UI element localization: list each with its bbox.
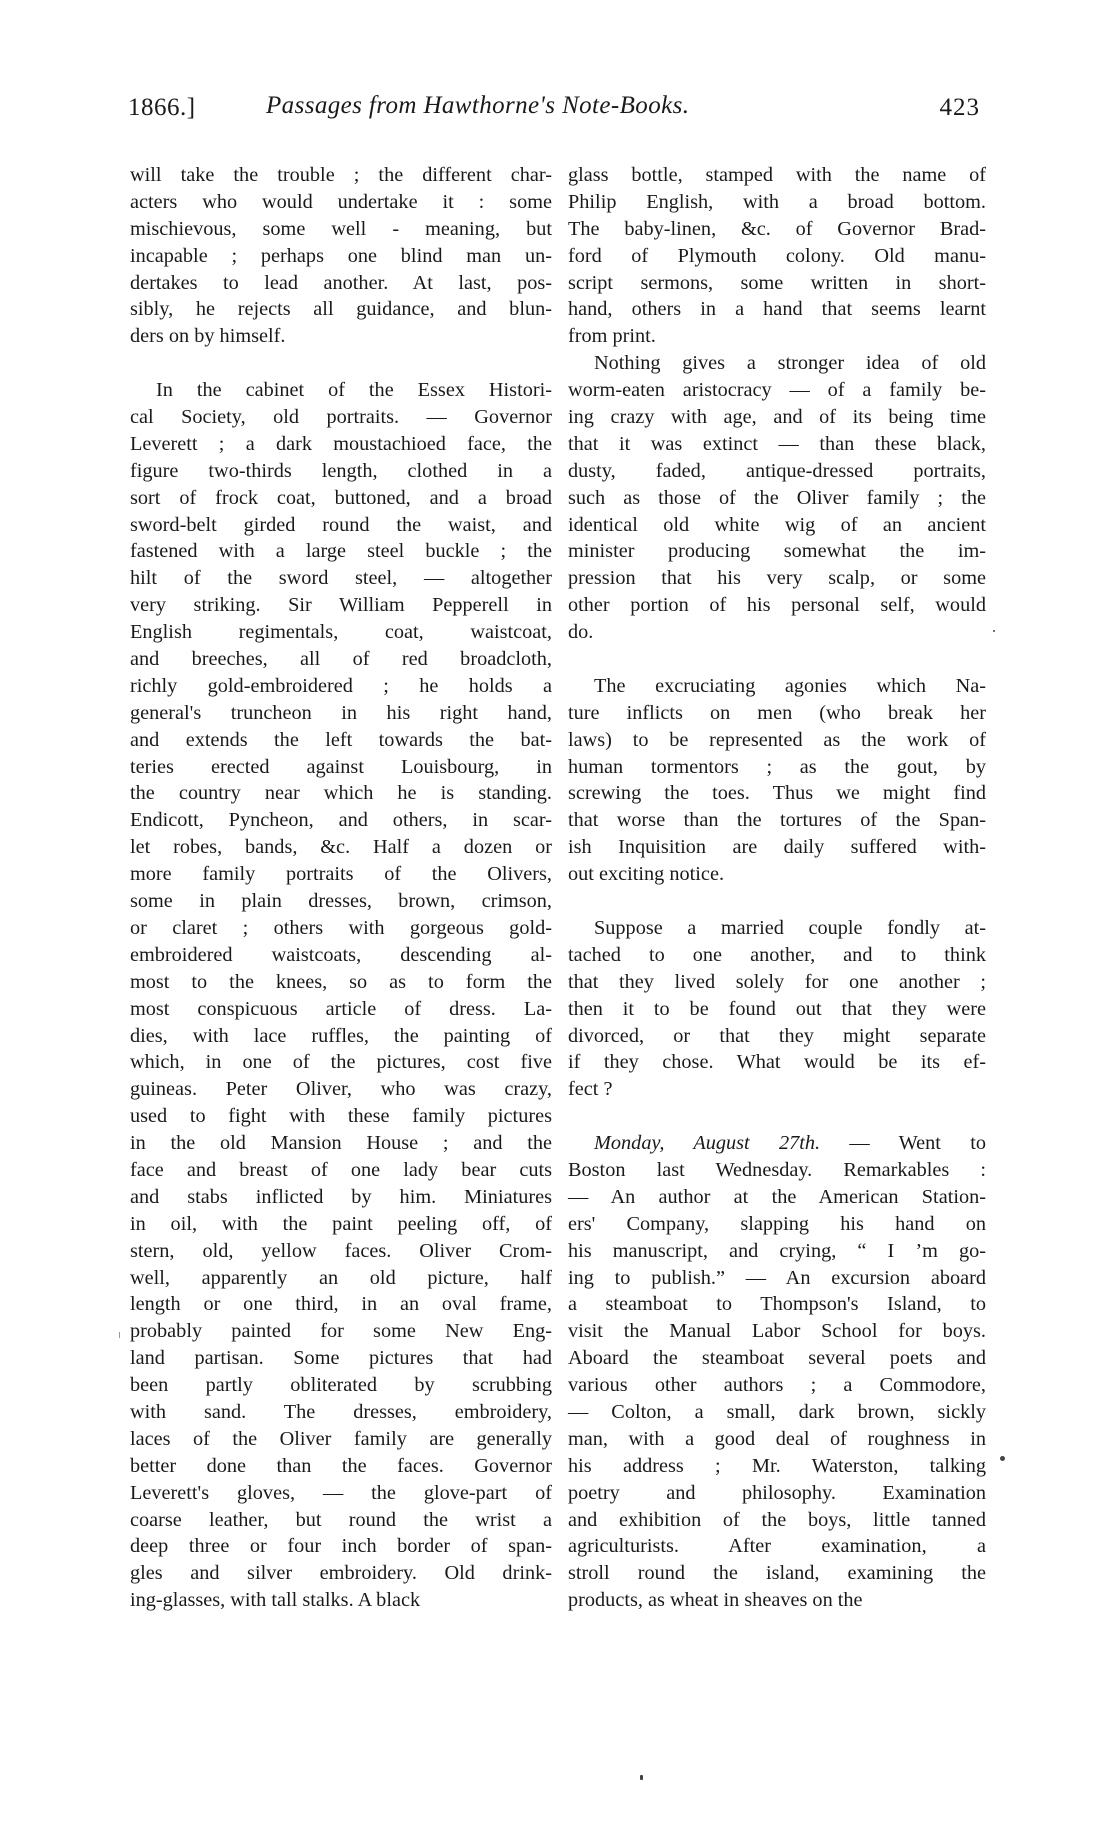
text-line: his address ; Mr. Waterston, talking [568,1453,986,1480]
text-line: most to the knees, so as to form the [130,969,552,996]
text-line: better done than the faces. Governor [130,1453,552,1480]
text-line: various other authors ; a Commodore, [568,1372,986,1399]
text-line: dertakes to lead another. At last, pos- [130,270,552,297]
header-date: 1866.] [128,88,196,128]
text-line: Boston last Wednesday. Remarkables : [568,1157,986,1184]
text-line: and breeches, all of red broadcloth, [130,646,552,673]
text-line: Leverett's gloves, — the glove-part of [130,1480,552,1507]
paragraph: The excruciating agonies which Na-ture i… [568,673,986,888]
text-line: that it was extinct — than these black, [568,431,986,458]
text-line: do. [568,619,986,646]
text-line: man, with a good deal of roughness in [568,1426,986,1453]
text-line: more family portraits of the Olivers, [130,861,552,888]
header-title: Passages from Hawthorne's Note-Books. [266,86,689,126]
text-line: other portion of his personal self, woul… [568,592,986,619]
text-fragment: — Went to [820,1132,986,1154]
paragraph: Suppose a married couple fondly at-tache… [568,915,986,1103]
text-line: his manuscript, and crying, “ I ’m go- [568,1238,986,1265]
text-line: identical old white wig of an ancient [568,512,986,539]
text-line: acters who would undertake it : some [130,189,552,216]
text-line: Endicott, Pyncheon, and others, in scar- [130,807,552,834]
entry-date-heading: Monday, August 27th. [594,1132,820,1154]
text-line: such as those of the Oliver family ; the [568,485,986,512]
text-line: been partly obliterated by scrubbing [130,1372,552,1399]
book-page: 1866.] Passages from Hawthorne's Note-Bo… [0,0,1120,1837]
paragraph: Monday, August 27th. — Went toBoston las… [568,1130,986,1614]
paragraph: will take the trouble ; the different ch… [130,162,552,350]
text-line: ing-glasses, with tall stalks. A black [130,1587,552,1614]
scan-speck [119,1332,120,1338]
text-line: script sermons, some written in short- [568,270,986,297]
text-line: ing to publish.” — An excursion aboard [568,1265,986,1292]
text-line: dies, with lace ruffles, the painting of [130,1023,552,1050]
text-line: that they lived solely for one another ; [568,969,986,996]
scan-speck [640,1775,643,1780]
text-line: used to fight with these family pictures [130,1103,552,1130]
text-line: probably painted for some New Eng- [130,1318,552,1345]
text-line: the country near which he is standing. [130,780,552,807]
text-line: Philip English, with a broad bottom. [568,189,986,216]
text-line: pression that his very scalp, or some [568,565,986,592]
text-line: Suppose a married couple fondly at- [568,915,986,942]
text-line: and stabs inflicted by him. Miniatures [130,1184,552,1211]
text-line: face and breast of one lady bear cuts [130,1157,552,1184]
text-line: — Colton, a small, dark brown, sickly [568,1399,986,1426]
text-line: Nothing gives a stronger idea of old [568,350,986,377]
text-line: in oil, with the paint peeling off, of [130,1211,552,1238]
text-line: will take the trouble ; the different ch… [130,162,552,189]
paragraph: Nothing gives a stronger idea of oldworm… [568,350,986,646]
text-line: worm-eaten aristocracy — of a family be- [568,377,986,404]
text-line: ing crazy with age, and of its being tim… [568,404,986,431]
text-line: coarse leather, but round the wrist a [130,1507,552,1534]
text-line: ford of Plymouth colony. Old manu- [568,243,986,270]
text-line: cal Society, old portraits. — Governor [130,404,552,431]
text-line: that worse than the tortures of the Span… [568,807,986,834]
text-line: some in plain dresses, brown, crimson, [130,888,552,915]
running-header: 1866.] Passages from Hawthorne's Note-Bo… [128,86,980,126]
text-line: sibly, he rejects all guidance, and blun… [130,296,552,323]
text-line: visit the Manual Labor School for boys. [568,1318,986,1345]
text-line: mischievous, some well - meaning, but [130,216,552,243]
text-line: The baby-linen, &c. of Governor Brad- [568,216,986,243]
paragraph: glass bottle, stamped with the name ofPh… [568,162,986,350]
text-line: deep three or four inch border of span- [130,1533,552,1560]
text-line: if they chose. What would be its ef- [568,1049,986,1076]
text-line: ders on by himself. [130,323,552,350]
left-column: will take the trouble ; the different ch… [130,162,552,1614]
text-line: land partisan. Some pictures that had [130,1345,552,1372]
text-line: Leverett ; a dark moustachioed face, the [130,431,552,458]
text-line: gles and silver embroidery. Old drink- [130,1560,552,1587]
text-line: Monday, August 27th. — Went to [568,1130,986,1157]
page-number: 423 [940,88,981,128]
text-line: hilt of the sword steel, — altogether [130,565,552,592]
text-line: hand, others in a hand that seems learnt [568,296,986,323]
paragraph: In the cabinet of the Essex Histori-cal … [130,377,552,1614]
text-line: agriculturists. After examination, a [568,1533,986,1560]
text-line: English regimentals, coat, waistcoat, [130,619,552,646]
text-line: guineas. Peter Oliver, who was crazy, [130,1076,552,1103]
text-line: and exhibition of the boys, little tanne… [568,1507,986,1534]
scan-speck [993,630,995,632]
text-line: screwing the toes. Thus we might find [568,780,986,807]
text-line: general's truncheon in his right hand, [130,700,552,727]
text-line: stroll round the island, examining the [568,1560,986,1587]
text-line: ers' Company, slapping his hand on [568,1211,986,1238]
text-line: in the old Mansion House ; and the [130,1130,552,1157]
right-column: glass bottle, stamped with the name ofPh… [568,162,986,1614]
text-line: glass bottle, stamped with the name of [568,162,986,189]
text-line: well, apparently an old picture, half [130,1265,552,1292]
text-line: poetry and philosophy. Examination [568,1480,986,1507]
text-line: incapable ; perhaps one blind man un- [130,243,552,270]
text-line: richly gold-embroidered ; he holds a [130,673,552,700]
text-line: sword-belt girded round the waist, and [130,512,552,539]
text-line: very striking. Sir William Pepperell in [130,592,552,619]
text-line: stern, old, yellow faces. Oliver Crom- [130,1238,552,1265]
text-line: let robes, bands, &c. Half a dozen or [130,834,552,861]
text-line: a steamboat to Thompson's Island, to [568,1291,986,1318]
text-line: fastened with a large steel buckle ; the [130,538,552,565]
text-line: out exciting notice. [568,861,986,888]
text-line: minister producing somewhat the im- [568,538,986,565]
text-line: then it to be found out that they were [568,996,986,1023]
text-line: — An author at the American Station- [568,1184,986,1211]
text-line: teries erected against Louisbourg, in [130,754,552,781]
text-line: human tormentors ; as the gout, by [568,754,986,781]
text-line: and extends the left towards the bat- [130,727,552,754]
text-line: from print. [568,323,986,350]
text-line: or claret ; others with gorgeous gold- [130,915,552,942]
text-line: fect ? [568,1076,986,1103]
text-line: embroidered waistcoats, descending al- [130,942,552,969]
scan-speck [1000,1456,1005,1461]
text-line: Aboard the steamboat several poets and [568,1345,986,1372]
text-line: with sand. The dresses, embroidery, [130,1399,552,1426]
text-line: figure two-thirds length, clothed in a [130,458,552,485]
text-line: which, in one of the pictures, cost five [130,1049,552,1076]
text-line: products, as wheat in sheaves on the [568,1587,986,1614]
text-line: laws) to be represented as the work of [568,727,986,754]
text-line: ish Inquisition are daily suffered with- [568,834,986,861]
text-line: The excruciating agonies which Na- [568,673,986,700]
text-line: most conspicuous article of dress. La- [130,996,552,1023]
text-line: ture inflicts on men (who break her [568,700,986,727]
text-line: dusty, faded, antique-dressed portraits, [568,458,986,485]
text-line: sort of frock coat, buttoned, and a broa… [130,485,552,512]
text-line: tached to one another, and to think [568,942,986,969]
text-line: In the cabinet of the Essex Histori- [130,377,552,404]
text-line: divorced, or that they might separate [568,1023,986,1050]
text-line: laces of the Oliver family are generally [130,1426,552,1453]
text-line: length or one third, in an oval frame, [130,1291,552,1318]
